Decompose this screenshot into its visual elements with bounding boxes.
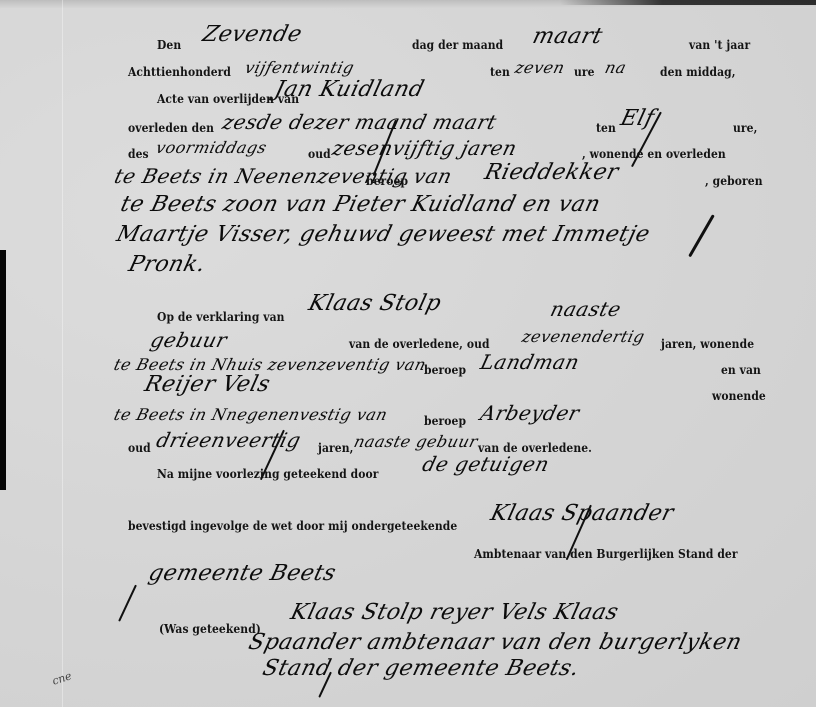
pen-stroke	[118, 585, 137, 622]
label-was-geteekend: (Was geteekend)	[159, 621, 261, 636]
label-oud: oud	[128, 440, 151, 455]
field-year-words: vijfentwintig	[243, 58, 356, 77]
pen-stroke	[688, 214, 715, 257]
field-municipality: gemeente Beets	[146, 561, 339, 586]
field-mother-and-spouse: Maartje Visser, gehuwd geweest met Immet…	[114, 222, 653, 247]
label-ten: ten	[596, 120, 616, 135]
field-signatures-line3: Stand der gemeente Beets.	[260, 656, 582, 681]
label-ure: ure	[574, 64, 595, 79]
label-wonende: wonende	[712, 388, 766, 403]
field-signatures-line2: Spaander ambtenaar van den burgerlyken	[246, 630, 745, 655]
label-van-t-jaar: van 't jaar	[689, 37, 750, 52]
label-van-de-overledene-oud: van de overledene, oud	[349, 336, 490, 351]
field-signatures-line1: Klaas Stolp reyer Vels Klaas	[288, 600, 621, 625]
field-witness1-name: Klaas Stolp	[306, 291, 444, 316]
label-en-van: en van	[721, 362, 761, 377]
field-age: zesenvijftig jaren	[330, 136, 520, 160]
label-ambtenaar: Ambtenaar van den Burgerlijken Stand der	[474, 546, 738, 561]
margin-line	[62, 0, 63, 707]
label-oud: oud	[308, 146, 331, 161]
label-bevestigd: bevestigd ingevolge de wet door mij onde…	[128, 518, 457, 533]
field-birth-and-parents: te Beets zoon van Pieter Kuidland en van	[118, 192, 603, 217]
field-witness1-relation: naaste	[548, 297, 624, 321]
label-na-mijne-voorlezing: Na mijne voorlezing geteekend door	[157, 466, 379, 481]
field-signed-by: de getuigen	[420, 452, 552, 476]
label-jaren-wonende: jaren, wonende	[661, 336, 754, 351]
label-jaren: jaren,	[318, 440, 353, 455]
field-spouse-surname: Pronk.	[126, 252, 208, 277]
label-den-middag: den middag,	[660, 64, 736, 79]
label-geboren: , geboren	[705, 173, 763, 188]
field-occupation: Rieddekker	[482, 160, 621, 185]
label-wonende-en-overleden: , wonende en overleden	[582, 146, 726, 161]
field-witness2-residence: te Beets in Nnegenenvestig van	[112, 405, 390, 424]
label-ure: ure,	[733, 120, 757, 135]
label-des: des	[128, 146, 149, 161]
field-day: Zevende	[200, 22, 305, 47]
field-witness1-relation-cont: gebuur	[148, 328, 230, 352]
field-daypart: voormiddags	[154, 138, 269, 157]
margin-note: cne	[50, 669, 73, 687]
field-witness2-name: Reijer Vels	[142, 372, 273, 397]
label-beroep: beroep	[424, 413, 466, 428]
label-beroep: beroep	[424, 362, 466, 377]
field-death-date: zesde dezer maand maart	[220, 110, 499, 134]
field-month: maart	[530, 24, 605, 49]
label-den: Den	[157, 37, 181, 52]
page-top-shadow	[560, 0, 816, 5]
label-overleden-den: overleden den	[128, 120, 214, 135]
field-witness2-relation: naaste gebuur	[352, 432, 480, 451]
field-ampm: na	[603, 58, 629, 77]
label-ten: ten	[490, 64, 510, 79]
field-witness1-occupation: Landman	[478, 350, 582, 374]
field-witness1-age: zevenendertig	[520, 327, 647, 346]
label-achttienhonderd: Achttienhonderd	[128, 64, 231, 79]
left-binding-edge	[0, 250, 6, 490]
label-op-de-verklaring-van: Op de verklaring van	[157, 309, 285, 324]
field-deceased-name: Jan Kuidland	[272, 77, 427, 102]
label-dag-der-maand: dag der maand	[412, 37, 503, 52]
field-hour: zeven	[513, 58, 567, 77]
field-witness2-occupation: Arbeyder	[478, 401, 582, 425]
